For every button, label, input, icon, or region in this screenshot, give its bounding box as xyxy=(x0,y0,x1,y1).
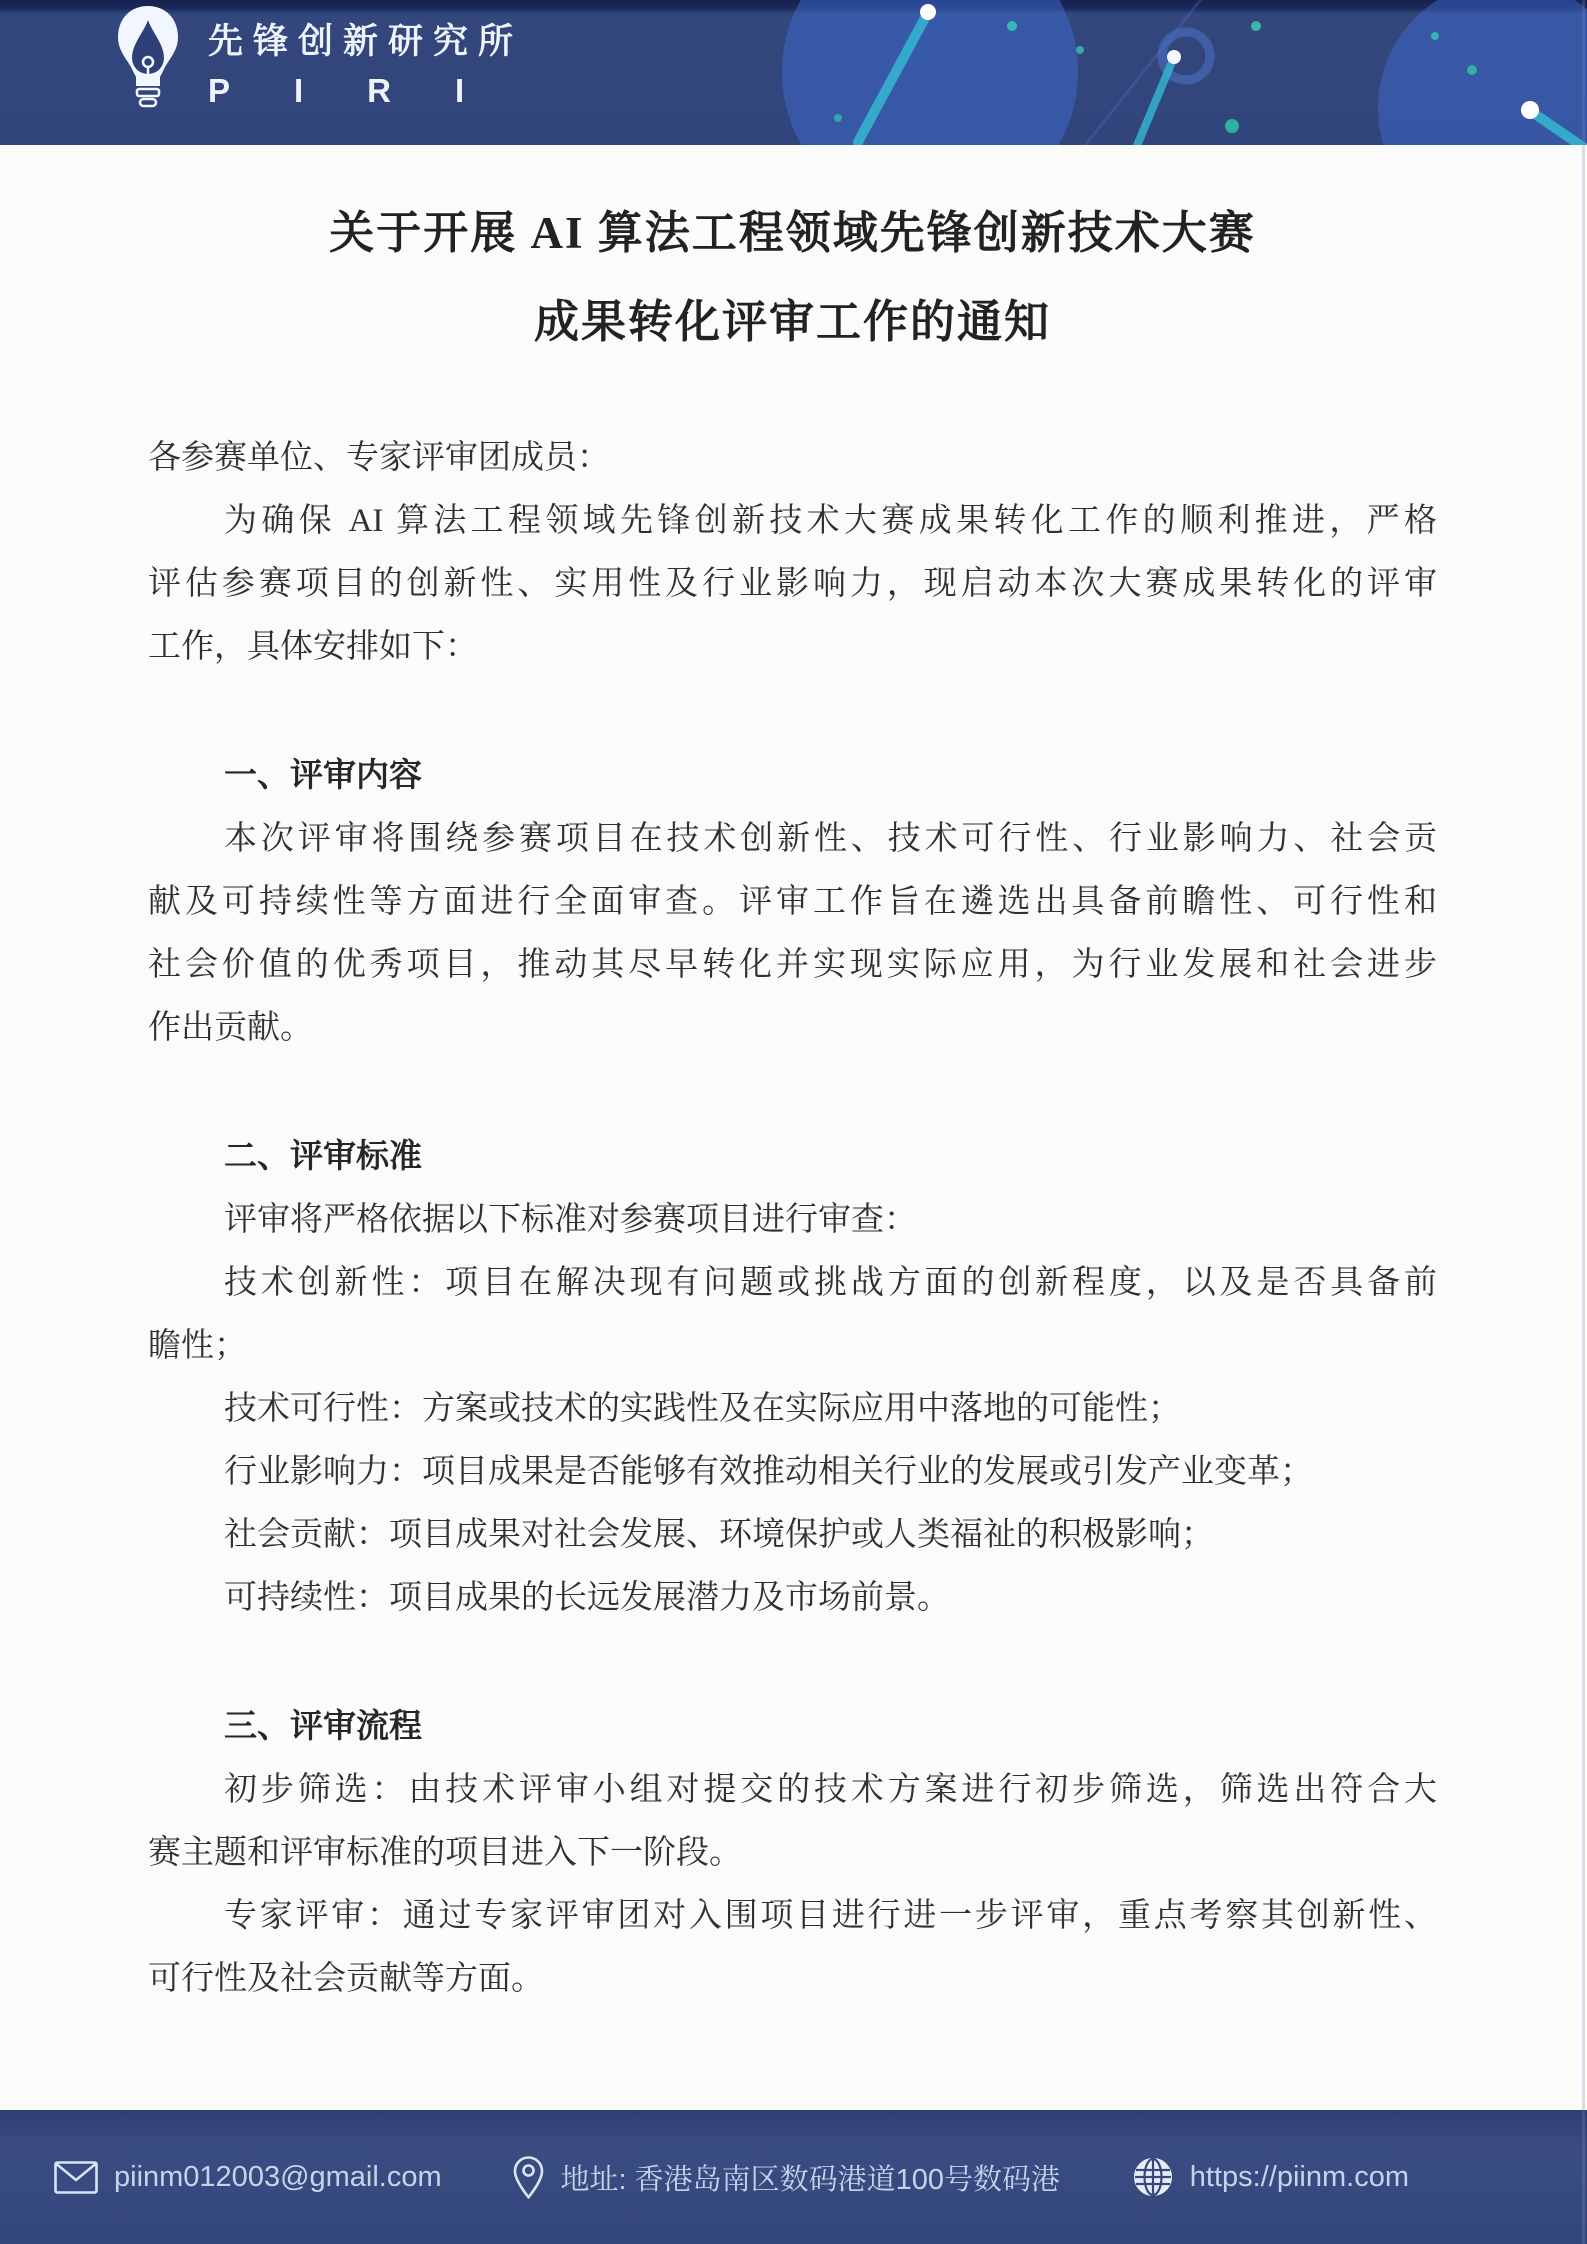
body-line: 评审将严格依据以下标准对参赛项目进行审查： xyxy=(148,1189,1437,1252)
section-heading: 三、评审流程 xyxy=(148,1696,1437,1759)
org-name: 先锋创新研究所 xyxy=(208,14,528,64)
org-logo: 先锋创新研究所 PIRI xyxy=(112,4,528,110)
scanned-notice-page: 先锋创新研究所 PIRI 关于开展 AI 算法工程领域先锋创新技术大赛 成果转化… xyxy=(0,0,1587,2244)
lightbulb-pen-logo-icon xyxy=(112,4,184,110)
footer-address-text: 地址: 香港岛南区数码港道100号数码港 xyxy=(560,2157,1060,2198)
body-line: 为确保 AI 算法工程领域先锋创新技术大赛成果转化工作的顺利推进，严格 xyxy=(148,490,1437,553)
notice-title: 关于开展 AI 算法工程领域先锋创新技术大赛 成果转化评审工作的通知 xyxy=(148,189,1437,367)
body-line: 工作，具体安排如下： xyxy=(148,616,1437,679)
body-line: 赛主题和评审标准的项目进入下一阶段。 xyxy=(148,1822,1437,1885)
page-footer: piinm012003@gmail.com 地址: 香港岛南区数码港道100号数… xyxy=(0,2110,1587,2244)
document-body: 关于开展 AI 算法工程领域先锋创新技术大赛 成果转化评审工作的通知 各参赛单位… xyxy=(0,145,1587,2011)
body-line: 可行性及社会贡献等方面。 xyxy=(148,1948,1437,2011)
body-line: 献及可持续性等方面进行全面审查。评审工作旨在遴选出具备前瞻性、可行性和 xyxy=(148,871,1437,934)
title-line-2: 成果转化评审工作的通知 xyxy=(148,278,1437,367)
body-line: 行业影响力：项目成果是否能够有效推动相关行业的发展或引发产业变革； xyxy=(148,1441,1437,1504)
section-heading: 一、评审内容 xyxy=(148,745,1437,808)
body-line: 专家评审：通过专家评审团对入围项目进行进一步评审，重点考察其创新性、 xyxy=(148,1885,1437,1948)
footer-email-text: piinm012003@gmail.com xyxy=(114,2161,442,2194)
header-decoration xyxy=(780,0,1587,145)
salutation: 各参赛单位、专家评审团成员： xyxy=(148,427,1437,490)
body-line: 本次评审将围绕参赛项目在技术创新性、技术可行性、行业影响力、社会贡 xyxy=(148,808,1437,871)
location-pin-icon xyxy=(513,2156,544,2199)
footer-website: https://piinm.com xyxy=(1132,2156,1409,2198)
body-line: 瞻性； xyxy=(148,1315,1437,1378)
section-heading: 二、评审标准 xyxy=(148,1126,1437,1189)
footer-website-text: https://piinm.com xyxy=(1190,2161,1409,2194)
body-line: 社会贡献：项目成果对社会发展、环境保护或人类福祉的积极影响； xyxy=(148,1504,1437,1567)
globe-icon xyxy=(1132,2156,1174,2198)
footer-address: 地址: 香港岛南区数码港道100号数码港 xyxy=(513,2156,1060,2199)
title-line-1: 关于开展 AI 算法工程领域先锋创新技术大赛 xyxy=(148,189,1437,278)
body-line: 评估参赛项目的创新性、实用性及行业影响力，现启动本次大赛成果转化的评审 xyxy=(148,553,1437,616)
body-line: 社会价值的优秀项目，推动其尽早转化并实现实际应用，为行业发展和社会进步 xyxy=(148,934,1437,997)
body-line: 初步筛选：由技术评审小组对提交的技术方案进行初步筛选，筛选出符合大 xyxy=(148,1759,1437,1822)
body-line: 技术可行性：方案或技术的实践性及在实际应用中落地的可能性； xyxy=(148,1378,1437,1441)
org-abbreviation: PIRI xyxy=(208,72,528,110)
email-icon xyxy=(54,2161,98,2194)
body-line: 可持续性：项目成果的长远发展潜力及市场前景。 xyxy=(148,1567,1437,1630)
body-line: 技术创新性：项目在解决现有问题或挑战方面的创新程度，以及是否具备前 xyxy=(148,1252,1437,1315)
page-header: 先锋创新研究所 PIRI xyxy=(0,0,1587,145)
footer-email: piinm012003@gmail.com xyxy=(54,2161,442,2194)
body-line: 作出贡献。 xyxy=(148,997,1437,1060)
